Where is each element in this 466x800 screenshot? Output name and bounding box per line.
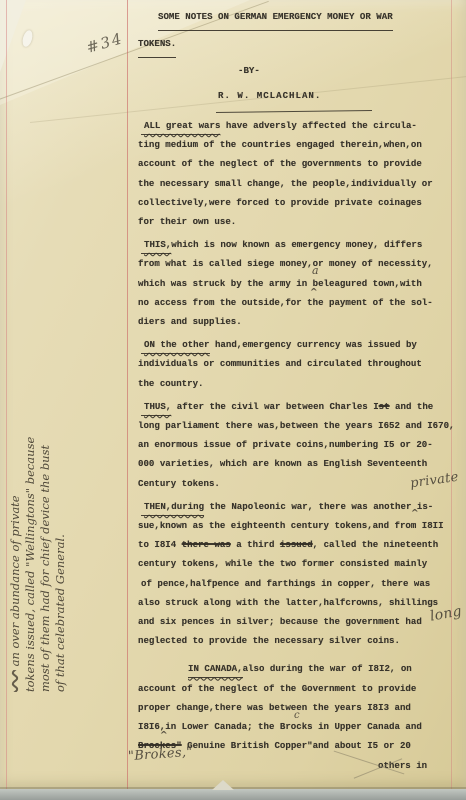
text-segment: hand,emergency currency was issued by [210, 339, 417, 350]
typed-line: a ^ which was struck by the army in bele… [138, 274, 454, 293]
typed-line: ^ THEN,during the Napoleonic war, there … [138, 497, 454, 516]
margin-note-line: tokens issued, called "Wellingtons" beca… [23, 414, 38, 692]
text-segment: collectively,were forced to provide priv… [138, 197, 422, 208]
typed-line: long parliament there was,between the ye… [138, 416, 454, 435]
typed-line: diers and supplies. [138, 312, 454, 331]
byline: -BY- [238, 58, 454, 83]
text-segment: proper change,there was between the year… [138, 702, 411, 713]
handwritten-margin-note: an over abundance of private tokens issu… [8, 414, 68, 692]
text-segment [8, 670, 22, 692]
paragraph-2: THIS,which is now known as emergency mon… [138, 235, 454, 331]
paragraph-6: IN CANADA,also during the war of I8I2, o… [138, 659, 454, 774]
paragraph-1: ALL great wars have adversly affected th… [138, 116, 454, 231]
text-segment: issued [280, 539, 313, 550]
text-segment: Genuine British Copper"and about I5 or 2… [182, 740, 411, 751]
typed-line: ting medium of the countries engaged the… [138, 135, 454, 154]
text-segment: tokens issued, called "Wellingtons" beca… [23, 437, 37, 692]
text-segment: an enormous issue of private coins,numbe… [138, 439, 433, 450]
text-segment: sue,known as the eighteenth century toke… [138, 520, 444, 531]
text-segment: which is now known as emergency money, d… [171, 239, 422, 250]
typed-line: private Century tokens. [138, 474, 454, 493]
typed-line: no access from the outside,for the payme… [138, 293, 454, 312]
typed-line: 000 varieties, which are known as Englis… [138, 454, 454, 473]
text-segment: THEN,during [141, 501, 204, 516]
text-segment: an over abundance of private [8, 495, 22, 670]
text-segment: THUS, [141, 401, 171, 416]
typed-line: account of the neglect of the government… [138, 154, 454, 173]
typed-line: THUS, after the civil war between Charle… [138, 397, 454, 416]
margin-note-line: of that celebrated General. [53, 414, 68, 692]
margin-note-line: most of them had for chief device the bu… [38, 414, 53, 692]
handwritten-insertion-a: a [312, 261, 319, 280]
typed-line: also struck along with the latter,halfcr… [138, 593, 454, 612]
text-segment: a third [231, 539, 280, 550]
typed-line: account of the neglect of the Government… [138, 679, 454, 698]
typed-line: ^ c I8I6,in Lower Canada; the Brocks in … [138, 717, 454, 736]
text-segment: the necessary small change, the people,i… [138, 178, 433, 189]
scanner-background-strip [0, 789, 466, 800]
text-segment: IN CANADA, [188, 663, 243, 678]
text-segment: most of them had for chief device the bu… [38, 445, 52, 692]
typed-line: individuals or communities and circulate… [138, 354, 454, 373]
ruled-line-far-left [6, 0, 7, 789]
text-segment: ting medium of the countries engaged the… [138, 139, 422, 150]
document-title-line2: TOKENS. [138, 31, 176, 58]
typed-text-column: SOME NOTES ON GERMAN EMERGENCY MONEY OR … [138, 4, 454, 775]
text-segment: , called the nineteenth [313, 539, 439, 550]
paragraph-4: THUS, after the civil war between Charle… [138, 397, 454, 493]
paragraph-5: ^ THEN,during the Napoleonic war, there … [138, 497, 454, 651]
text-segment: THIS, [141, 239, 171, 254]
text-segment: neglected to provide the necessary silve… [138, 635, 400, 646]
text-segment: ON the other [141, 339, 210, 354]
text-segment: individuals or communities and circulate… [138, 358, 422, 369]
margin-note-line: an over abundance of private [8, 414, 23, 692]
text-segment: st [379, 401, 390, 412]
typed-line: the necessary small change, the people,i… [138, 174, 454, 193]
typed-line: others in [138, 756, 454, 775]
text-segment: to I8I4 [138, 539, 182, 550]
text-segment: century tokens, while the two former con… [138, 558, 427, 569]
text-segment: and six pences in silver; because the go… [138, 616, 422, 627]
document-title-line1: SOME NOTES ON GERMAN EMERGENCY MONEY OR … [158, 4, 393, 31]
text-segment: there was [182, 539, 231, 550]
text-segment: of pence,halfpence and farthings in copp… [141, 578, 430, 589]
typed-line: the country. [138, 374, 454, 393]
author-name: R. W. MCLACHLAN. [218, 83, 454, 108]
typed-line: long and six pences in silver; because t… [138, 612, 454, 631]
paragraph-3: ON the other hand,emergency currency was… [138, 335, 454, 393]
typed-line: to I8I4 there was a third issued, called… [138, 535, 454, 554]
typed-line: ALL great wars have adversly affected th… [138, 116, 454, 135]
typed-line: collectively,were forced to provide priv… [138, 193, 454, 212]
text-segment: Century tokens. [138, 478, 220, 489]
text-segment: have adversly affected the circula- [220, 120, 416, 131]
typed-line: IN CANADA,also during the war of I8I2, o… [138, 659, 454, 678]
typed-line: from what is called siege money,or money… [138, 254, 454, 273]
typed-line: century tokens, while the two former con… [138, 554, 454, 573]
ruled-margin-line-left [127, 0, 128, 789]
typed-line: for their own use. [138, 212, 454, 231]
typed-line: of pence,halfpence and farthings in copp… [138, 574, 454, 593]
text-segment: long parliament there was,between the ye… [138, 420, 455, 431]
text-segment: from what is called siege money,or money… [138, 258, 433, 269]
text-segment: no access from the outside,for the payme… [138, 297, 433, 308]
text-segment: account of the neglect of the Government… [138, 683, 416, 694]
text-segment: also struck along with the latter,halfcr… [138, 597, 438, 608]
divider-rule [216, 110, 372, 113]
typed-line: sue,known as the eighteenth century toke… [138, 516, 454, 535]
text-segment: account of the neglect of the government… [138, 158, 422, 169]
text-segment: also during the war of I8I2, on [243, 663, 412, 674]
text-segment: the Napoleonic war, there was another is… [204, 501, 433, 512]
text-segment: for their own use. [138, 216, 236, 227]
text-segment: the country. [138, 378, 204, 389]
text-segment: which was struck by the army in beleagur… [138, 278, 422, 289]
typed-line: THIS,which is now known as emergency mon… [138, 235, 454, 254]
text-segment: and the [390, 401, 434, 412]
text-segment: of that celebrated General. [53, 534, 67, 692]
text-segment: 000 varieties, which are known as Englis… [138, 458, 427, 469]
handwritten-insertion-c: c [294, 706, 300, 725]
typed-line: "Brokes," Brockes" Genuine British Coppe… [138, 736, 454, 755]
text-segment: diers and supplies. [138, 316, 242, 327]
text-segment: after the civil war between Charles I [171, 401, 378, 412]
text-segment: ALL great wars [141, 120, 220, 135]
typed-line: an enormous issue of private coins,numbe… [138, 435, 454, 454]
typed-line: ON the other hand,emergency currency was… [138, 335, 454, 354]
paper-edge-notch [212, 780, 234, 790]
typed-line: neglected to provide the necessary silve… [138, 631, 454, 650]
text-segment: I8I6,in Lower Canada; the Brocks in Uppe… [138, 721, 422, 732]
